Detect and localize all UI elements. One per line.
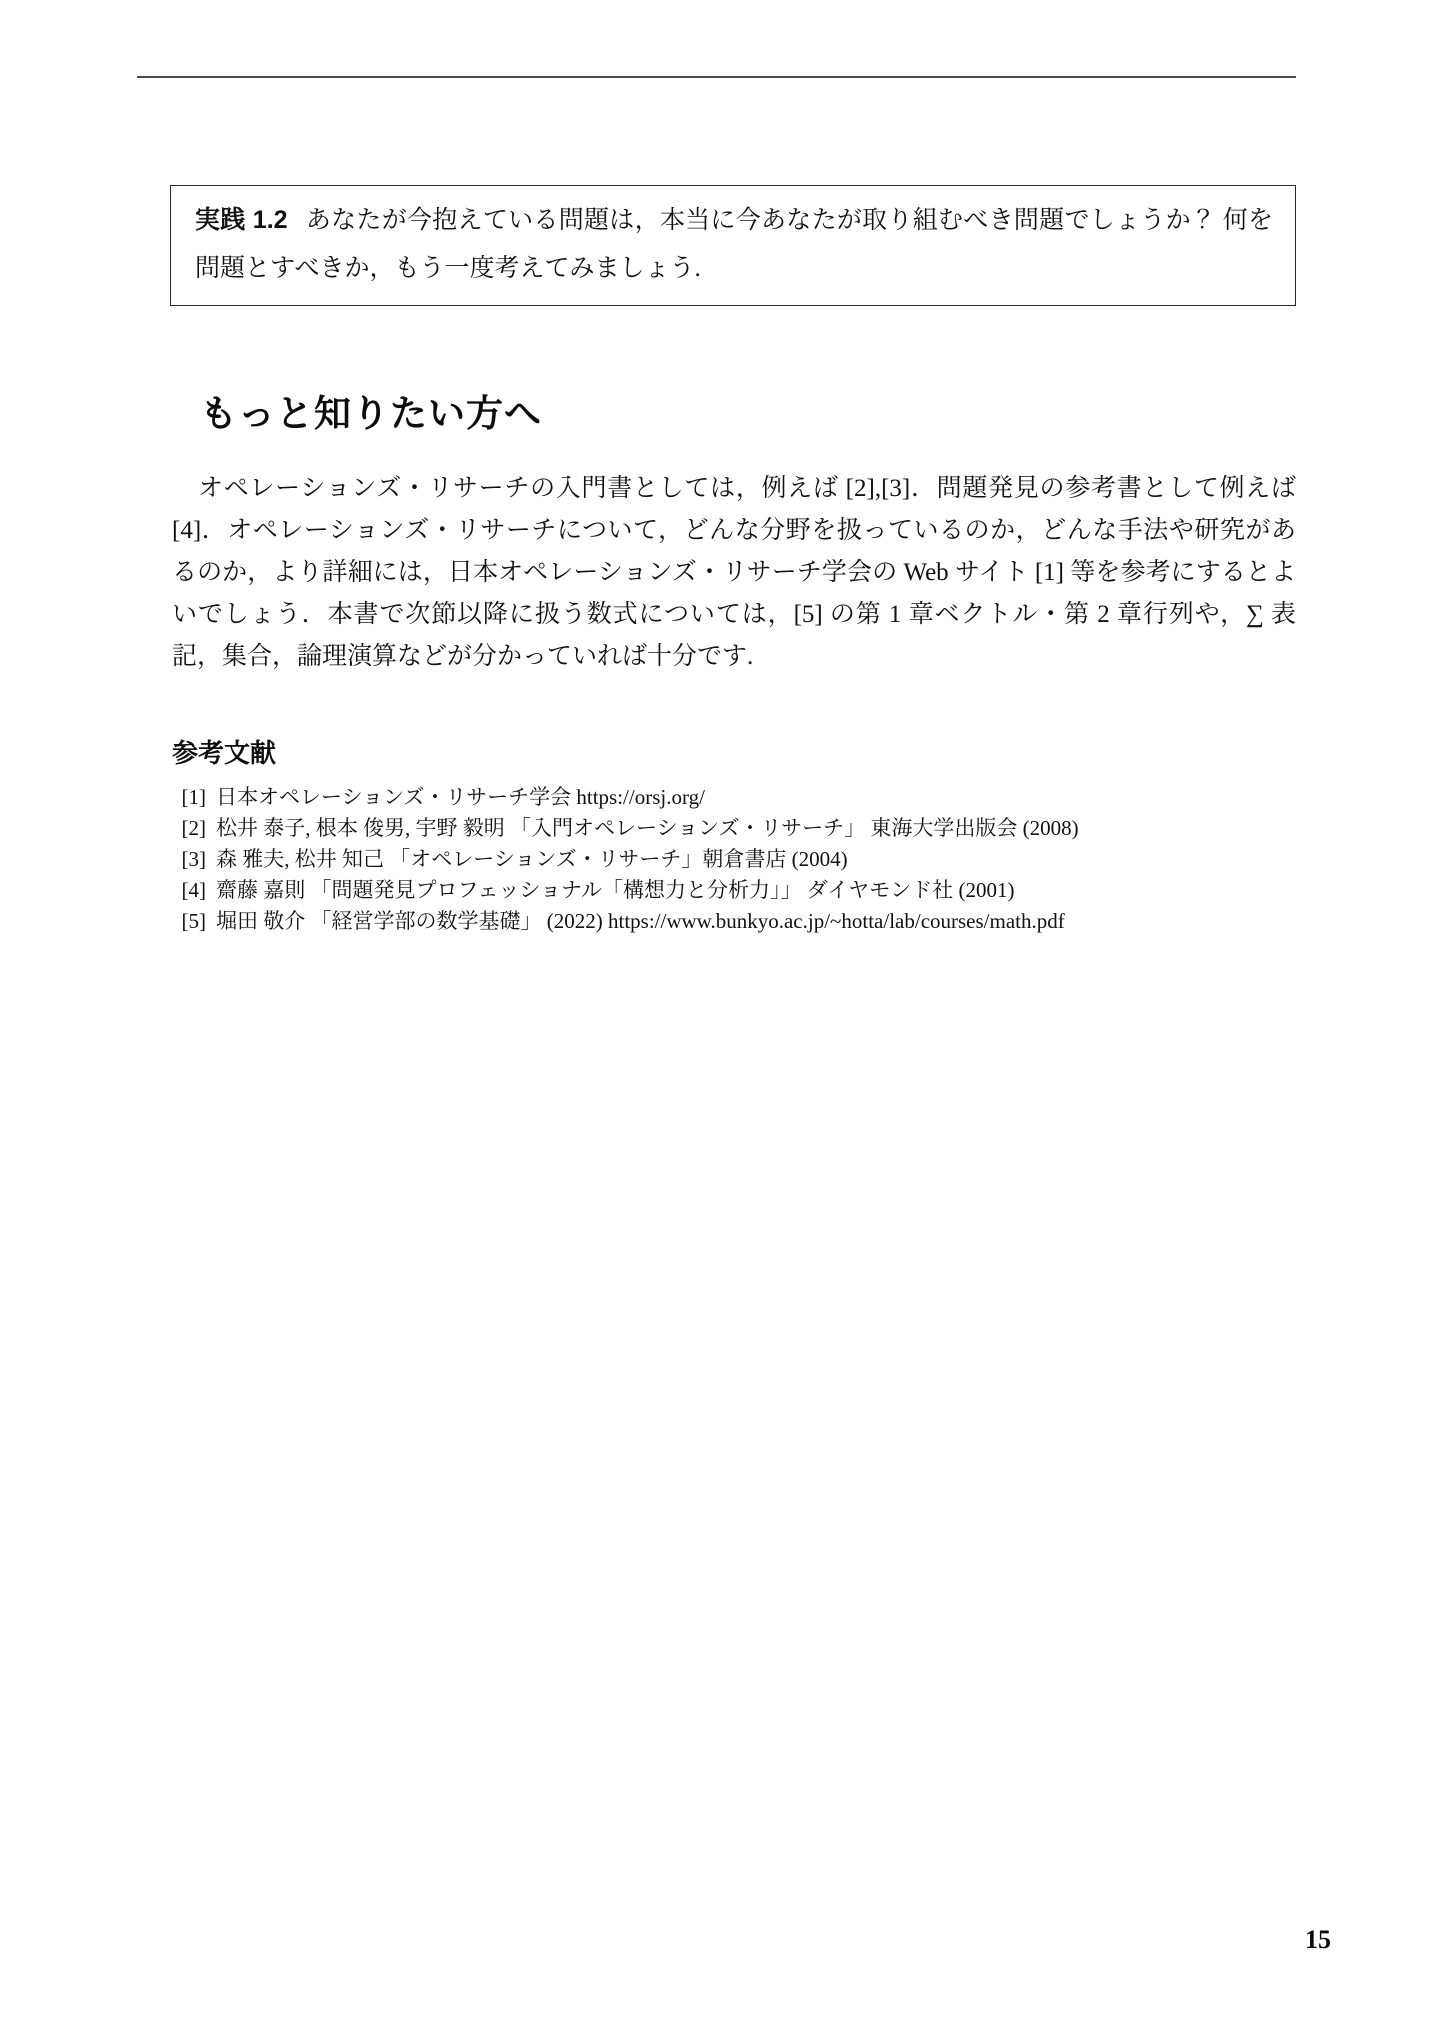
reference-label: [3] [172, 844, 206, 875]
reference-label: [1] [172, 782, 206, 813]
reference-text: 日本オペレーションズ・リサーチ学会 https://orsj.org/ [216, 782, 1302, 813]
reference-text: 森 雅夫, 松井 知己 「オペレーションズ・リサーチ」朝倉書店 (2004) [216, 844, 1302, 875]
practice-box: 実践 1.2あなたが今抱えている問題は，本当に今あなたが取り組むべき問題でしょう… [170, 185, 1296, 306]
practice-box-label: 実践 1.2 [195, 206, 288, 234]
reference-label: [5] [172, 906, 206, 937]
references-list: [1] 日本オペレーションズ・リサーチ学会 https://orsj.org/ … [172, 782, 1302, 937]
reference-item: [4] 齋藤 嘉則 「問題発見プロフェッショナル「構想力と分析力」」 ダイヤモン… [172, 875, 1302, 906]
page-number: 15 [1305, 1925, 1331, 1955]
references-title: 参考文献 [172, 733, 276, 770]
reference-text: 堀田 敬介 「経営学部の数学基礎」 (2022) https://www.bun… [216, 906, 1302, 937]
section-title: もっと知りたい方へ [200, 383, 542, 437]
reference-text: 齋藤 嘉則 「問題発見プロフェッショナル「構想力と分析力」」 ダイヤモンド社 (… [216, 875, 1302, 906]
body-paragraph: オペレーションズ・リサーチの入門書としては，例えば [2],[3]．問題発見の参… [172, 468, 1296, 678]
reference-label: [4] [172, 875, 206, 906]
reference-item: [5] 堀田 敬介 「経営学部の数学基礎」 (2022) https://www… [172, 906, 1302, 937]
practice-box-text: あなたが今抱えている問題は，本当に今あなたが取り組むべき問題でしょうか？ 何を問… [195, 207, 1273, 282]
reference-item: [1] 日本オペレーションズ・リサーチ学会 https://orsj.org/ [172, 782, 1302, 813]
reference-item: [3] 森 雅夫, 松井 知己 「オペレーションズ・リサーチ」朝倉書店 (200… [172, 844, 1302, 875]
reference-item: [2] 松井 泰子, 根本 俊男, 宇野 毅明 「入門オペレーションズ・リサーチ… [172, 813, 1302, 844]
reference-text: 松井 泰子, 根本 俊男, 宇野 毅明 「入門オペレーションズ・リサーチ」 東海… [216, 813, 1302, 844]
header-rule [137, 76, 1296, 78]
document-page: 実践 1.2あなたが今抱えている問題は，本当に今あなたが取り組むべき問題でしょう… [0, 0, 1433, 2024]
reference-label: [2] [172, 813, 206, 844]
